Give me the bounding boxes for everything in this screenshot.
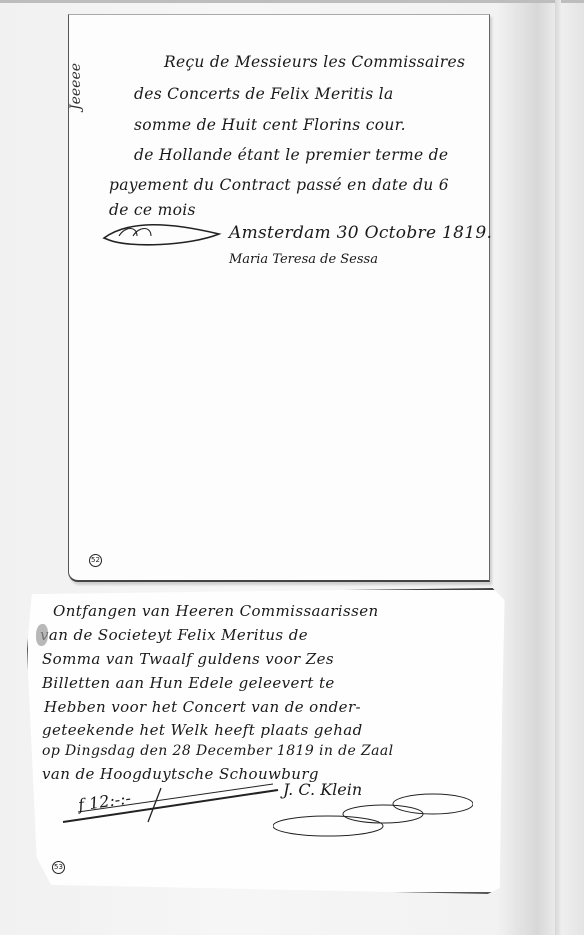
receipt-top-line-4: de Hollande étant le premier terme de — [134, 146, 448, 164]
receipt-bottom-line-5: Hebben voor het Concert van de onder- — [44, 698, 361, 716]
receipt-bottom-line-6: geteekende het Welk heeft plaats gehad — [42, 721, 363, 739]
margin-annotation: Jeeeee — [68, 63, 84, 110]
folio-number-53: 53 — [52, 861, 65, 874]
receipt-top-line-6: de ce mois — [109, 201, 196, 219]
signature-flourish-icon — [273, 790, 473, 840]
folio-number-52: 52 — [89, 554, 102, 567]
receipt-bottom-line-3: Somma van Twaalf guldens voor Zes — [42, 650, 334, 668]
receipt-top-line-3: somme de Huit cent Florins cour. — [134, 116, 406, 134]
receipt-top-sheet: Reçu de Messieurs les Commissaires des C… — [68, 14, 490, 582]
receipt-bottom-line-2: van de Societeyt Felix Meritus de — [40, 626, 308, 644]
receipt-bottom-line-7: op Dingsdag den 28 December 1819 in de Z… — [42, 743, 394, 759]
receipt-bottom-sheet: Ontfangen van Heeren Commissaarissen van… — [27, 588, 507, 894]
scan-top-edge — [0, 0, 584, 3]
receipt-bottom-line-8: van de Hoogduytsche Schouwburg — [42, 765, 319, 783]
receipt-top-place-date: Amsterdam 30 Octobre 1819. — [229, 223, 492, 243]
receipt-bottom-line-1: Ontfangen van Heeren Commissaarissen — [53, 602, 379, 620]
receipt-top-line-1: Reçu de Messieurs les Commissaires — [164, 53, 465, 71]
ink-stain — [36, 624, 48, 646]
receipt-top-line-2: des Concerts de Felix Meritis la — [134, 85, 393, 103]
flourish-icon — [99, 220, 229, 250]
receipt-top-line-5: payement du Contract passé en date du 6 — [109, 176, 449, 194]
receipt-bottom-line-4: Billetten aan Hun Edele geleevert te — [42, 674, 335, 692]
binding-fold — [555, 0, 561, 935]
receipt-top-signature: Maria Teresa de Sessa — [229, 252, 378, 267]
